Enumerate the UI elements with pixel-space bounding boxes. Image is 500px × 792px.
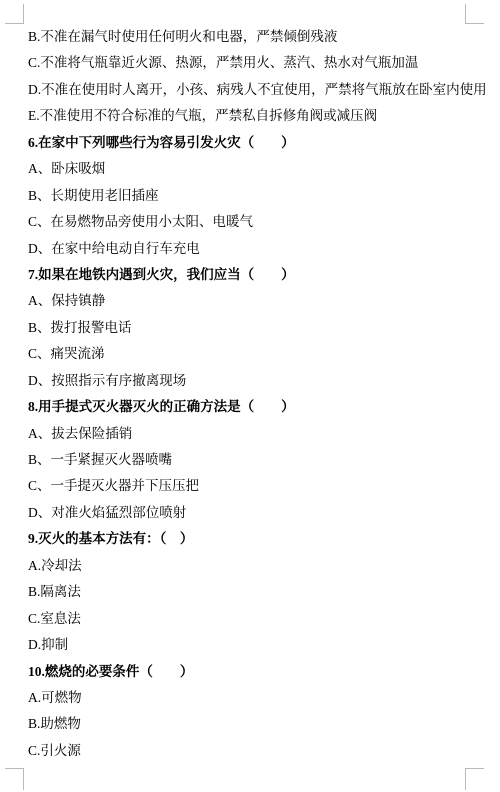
answer-option-line: B、一手紧握灭火器喷嘴 [28, 447, 490, 473]
answer-option-line: A.可燃物 [28, 685, 490, 711]
answer-option-line: A、卧床吸烟 [28, 156, 490, 182]
answer-option-line: D、按照指示有序撤离现场 [28, 368, 490, 394]
question-heading: 8.用手提式灭火器灭火的正确方法是（ ） [28, 394, 490, 420]
question-heading: 10.燃烧的必要条件（ ） [28, 659, 490, 685]
question-heading: 6.在家中下列哪些行为容易引发火灾（ ） [28, 130, 490, 156]
question-heading: 7.如果在地铁内遇到火灾，我们应当（ ） [28, 262, 490, 288]
answer-option-line: A.冷却法 [28, 553, 490, 579]
answer-option-line: D、在家中给电动自行车充电 [28, 236, 490, 262]
answer-option-line: B.不准在漏气时使用任何明火和电器，严禁倾倒残液 [28, 24, 490, 50]
answer-option-line: B.助燃物 [28, 711, 490, 737]
document-text-block: B.不准在漏气时使用任何明火和电器，严禁倾倒残液C.不准将气瓶靠近火源、热源，严… [28, 24, 490, 764]
answer-option-line: C、痛哭流涕 [28, 341, 490, 367]
answer-option-line: C.不准将气瓶靠近火源、热源，严禁用火、蒸汽、热水对气瓶加温 [28, 50, 490, 76]
answer-option-line: B、长期使用老旧插座 [28, 183, 490, 209]
answer-option-line: D、对准火焰猛烈部位喷射 [28, 500, 490, 526]
answer-option-line: C、在易燃物品旁使用小太阳、电暖气 [28, 209, 490, 235]
answer-option-line: D.抑制 [28, 632, 490, 658]
text-boundary-mark-top-left [5, 4, 24, 24]
answer-option-line: B、拨打报警电话 [28, 315, 490, 341]
answer-option-line: A、保持镇静 [28, 288, 490, 314]
answer-option-line: C.引火源 [28, 738, 490, 764]
text-boundary-mark-bottom-left [5, 768, 24, 790]
document-page: B.不准在漏气时使用任何明火和电器，严禁倾倒残液C.不准将气瓶靠近火源、热源，严… [0, 0, 500, 792]
answer-option-line: B.隔离法 [28, 579, 490, 605]
answer-option-line: C、一手提灭火器并下压压把 [28, 473, 490, 499]
text-boundary-mark-top-right [465, 4, 484, 24]
answer-option-line: D.不准在使用时人离开，小孩、病残人不宜使用，严禁将气瓶放在卧室内使用 [28, 77, 490, 103]
text-boundary-mark-bottom-right [465, 768, 484, 790]
question-heading: 9.灭火的基本方法有：（ ） [28, 526, 490, 552]
answer-option-line: E.不准使用不符合标准的气瓶，严禁私自拆修角阀或减压阀 [28, 103, 490, 129]
answer-option-line: A、拔去保险插销 [28, 421, 490, 447]
answer-option-line: C.室息法 [28, 606, 490, 632]
